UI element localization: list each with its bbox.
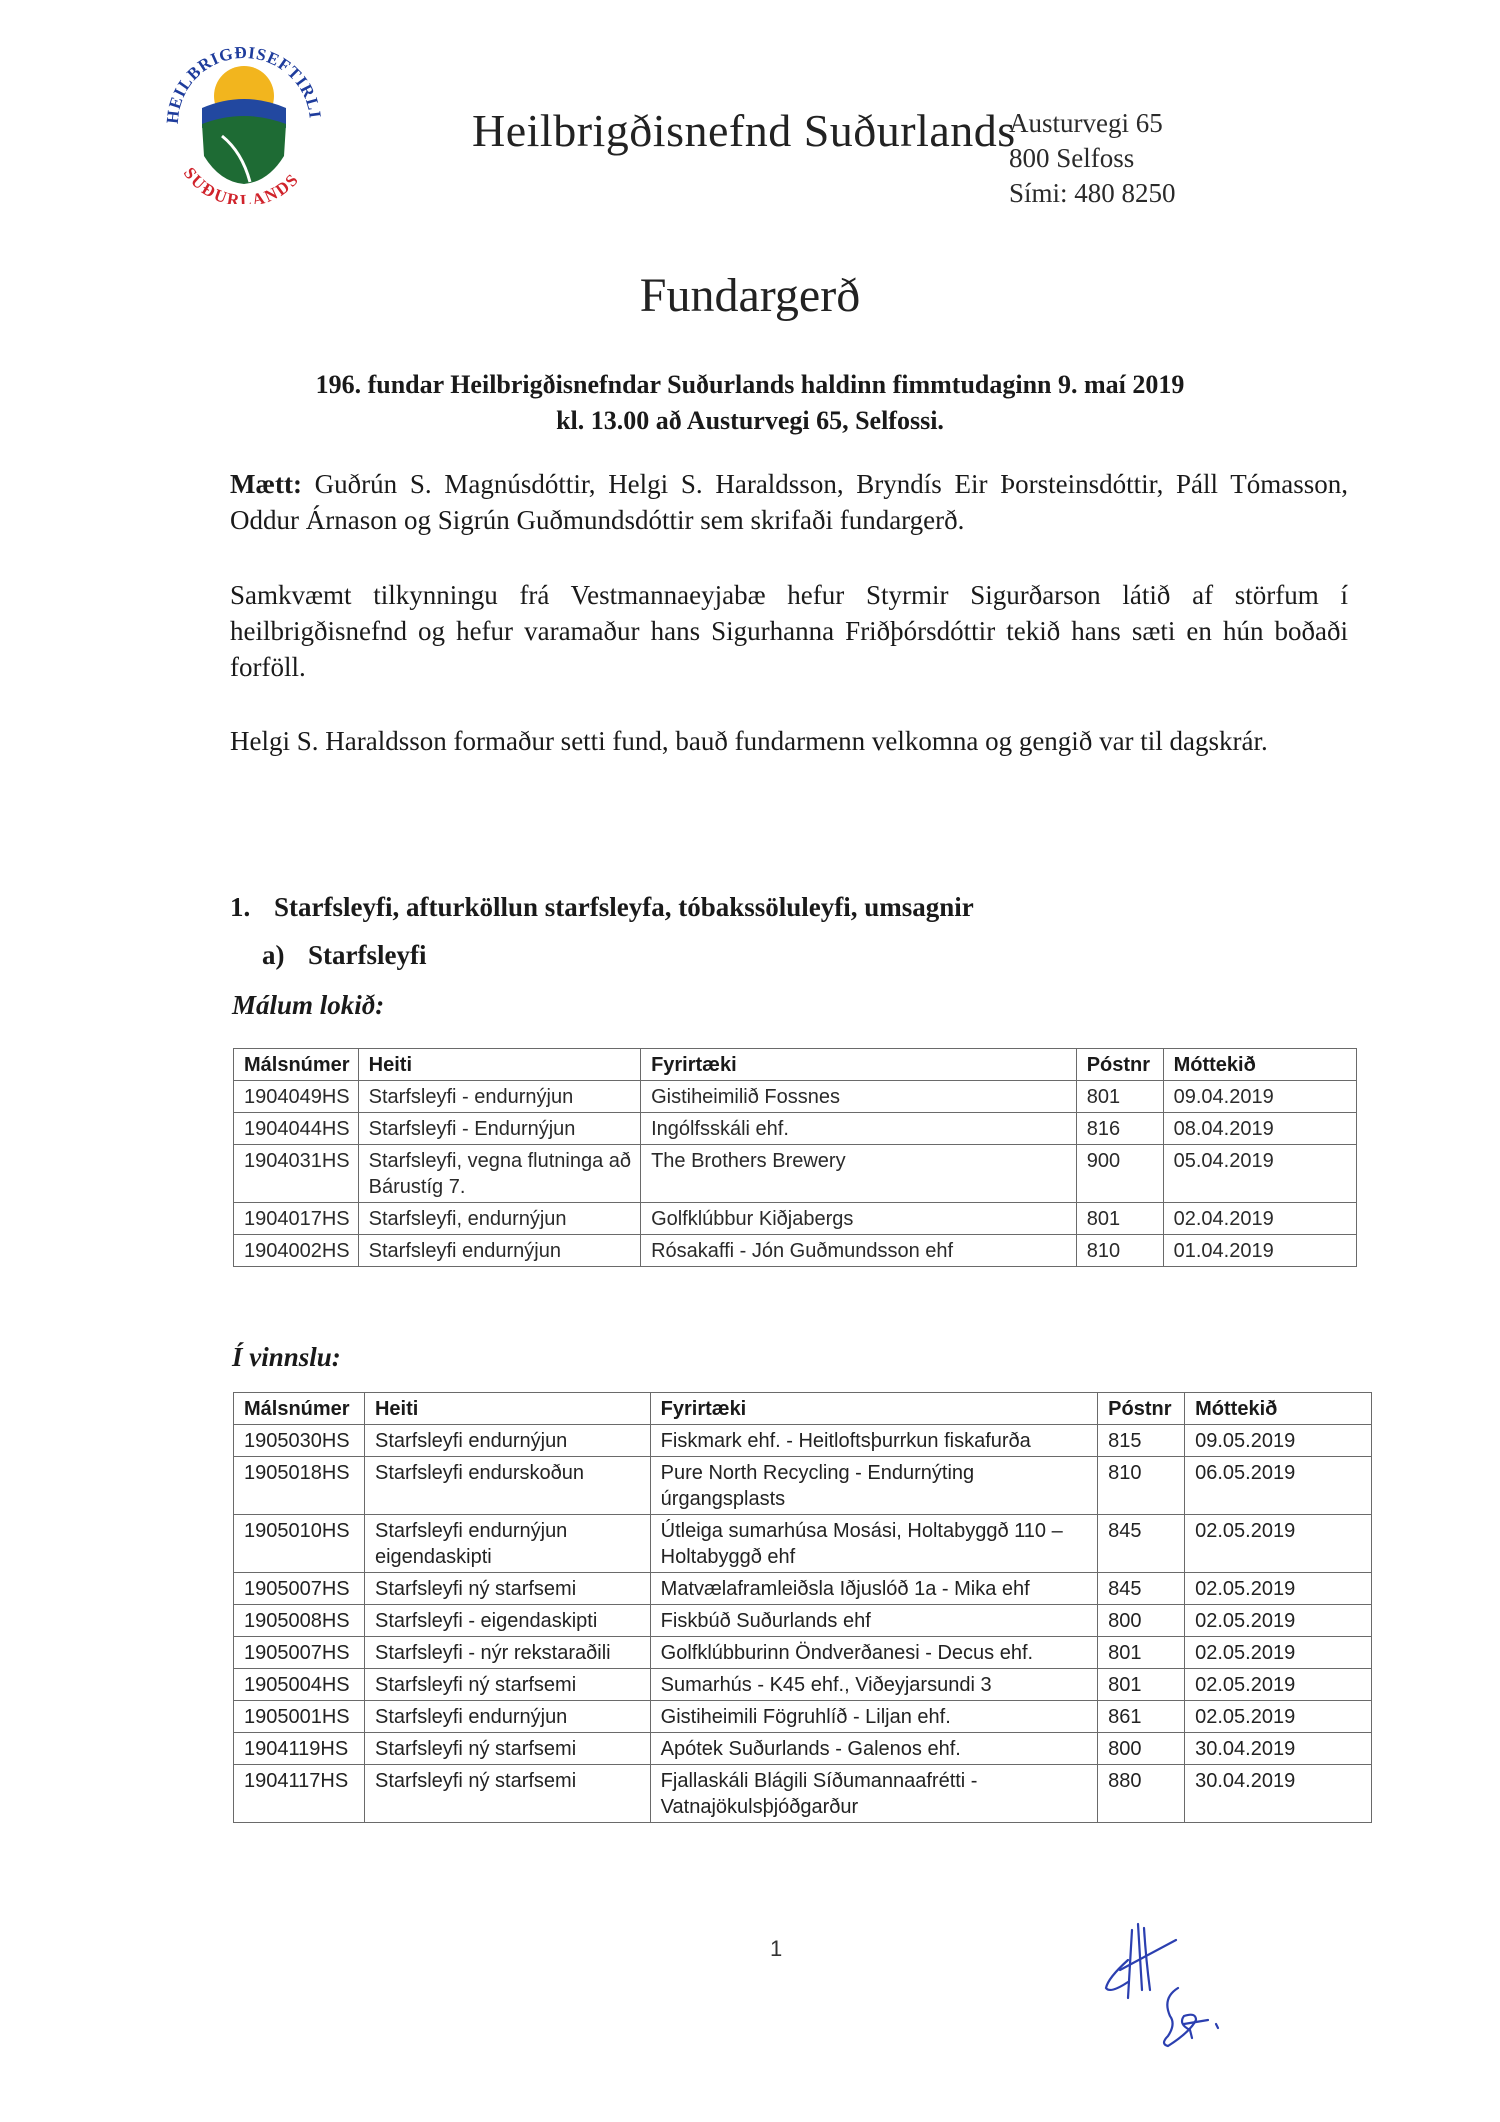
table-header-row: MálsnúmerHeitiFyrirtækiPóstnrMóttekið — [234, 1393, 1372, 1425]
case-title-cell: Starfsleyfi endurnýjun eigendaskipti — [364, 1515, 650, 1573]
meeting-info-line-2: kl. 13.00 að Austurvegi 65, Selfossi. — [0, 406, 1500, 436]
table-row: 1904049HSStarfsleyfi - endurnýjunGistihe… — [234, 1081, 1357, 1113]
closed-cases-heading: Málum lokið: — [232, 990, 384, 1021]
company-cell: Gistiheimili Fögruhlíð - Liljan ehf. — [650, 1701, 1097, 1733]
case-number-cell: 1905007HS — [234, 1573, 365, 1605]
column-header: Málsnúmer — [234, 1049, 359, 1081]
postcode-cell: 801 — [1076, 1081, 1163, 1113]
address-phone: Sími: 480 8250 — [1009, 176, 1176, 211]
column-header: Móttekið — [1163, 1049, 1356, 1081]
attendance-label: Mætt: — [230, 469, 302, 499]
case-title-cell: Starfsleyfi ný starfsemi — [364, 1733, 650, 1765]
signature-icon — [1080, 1920, 1230, 2060]
in-progress-heading: Í vinnslu: — [232, 1342, 341, 1373]
column-header: Heiti — [364, 1393, 650, 1425]
table-row: 1905007HSStarfsleyfi - nýr rekstaraðiliG… — [234, 1637, 1372, 1669]
postcode-cell: 800 — [1098, 1733, 1185, 1765]
table-header-row: MálsnúmerHeitiFyrirtækiPóstnrMóttekið — [234, 1049, 1357, 1081]
company-cell: Gistiheimilið Fossnes — [641, 1081, 1077, 1113]
postcode-cell: 801 — [1098, 1637, 1185, 1669]
case-title-cell: Starfsleyfi, vegna flutninga að Bárustíg… — [358, 1145, 640, 1203]
case-number-cell: 1904017HS — [234, 1203, 359, 1235]
agenda-item-title: Starfsleyfi, afturköllun starfsleyfa, tó… — [274, 892, 974, 922]
closed-cases-body: 1904049HSStarfsleyfi - endurnýjunGistihe… — [234, 1081, 1357, 1267]
company-cell: Matvælaframleiðsla Iðjuslóð 1a - Mika eh… — [650, 1573, 1097, 1605]
received-date-cell: 02.05.2019 — [1185, 1515, 1372, 1573]
table-row: 1904044HSStarfsleyfi - EndurnýjunIngólfs… — [234, 1113, 1357, 1145]
column-header: Póstnr — [1098, 1393, 1185, 1425]
received-date-cell: 02.04.2019 — [1163, 1203, 1356, 1235]
organization-address: Austurvegi 65 800 Selfoss Sími: 480 8250 — [1009, 106, 1176, 211]
address-street: Austurvegi 65 — [1009, 106, 1176, 141]
company-cell: Golfklúbburinn Öndverðanesi - Decus ehf. — [650, 1637, 1097, 1669]
received-date-cell: 09.05.2019 — [1185, 1425, 1372, 1457]
received-date-cell: 06.05.2019 — [1185, 1457, 1372, 1515]
company-cell: Golfklúbbur Kiðjabergs — [641, 1203, 1077, 1235]
case-number-cell: 1905010HS — [234, 1515, 365, 1573]
table-row: 1905007HSStarfsleyfi ný starfsemiMatvæla… — [234, 1573, 1372, 1605]
case-title-cell: Starfsleyfi - endurnýjun — [358, 1081, 640, 1113]
case-number-cell: 1904119HS — [234, 1733, 365, 1765]
case-number-cell: 1905018HS — [234, 1457, 365, 1515]
table-row: 1904031HSStarfsleyfi, vegna flutninga að… — [234, 1145, 1357, 1203]
table-row: 1905001HSStarfsleyfi endurnýjunGistiheim… — [234, 1701, 1372, 1733]
table-row: 1905004HSStarfsleyfi ný starfsemiSumarhú… — [234, 1669, 1372, 1701]
case-title-cell: Starfsleyfi ný starfsemi — [364, 1765, 650, 1823]
received-date-cell: 02.05.2019 — [1185, 1669, 1372, 1701]
table-row: 1905010HSStarfsleyfi endurnýjun eigendas… — [234, 1515, 1372, 1573]
postcode-cell: 801 — [1098, 1669, 1185, 1701]
opening-paragraph: Helgi S. Haraldsson formaður setti fund,… — [230, 721, 1348, 762]
postcode-cell: 880 — [1098, 1765, 1185, 1823]
postcode-cell: 845 — [1098, 1515, 1185, 1573]
attendance-paragraph: Mætt: Guðrún S. Magnúsdóttir, Helgi S. H… — [230, 466, 1348, 538]
company-cell: Pure North Recycling - Endurnýting úrgan… — [650, 1457, 1097, 1515]
in-progress-table: MálsnúmerHeitiFyrirtækiPóstnrMóttekið 19… — [233, 1392, 1372, 1823]
case-number-cell: 1904031HS — [234, 1145, 359, 1203]
received-date-cell: 09.04.2019 — [1163, 1081, 1356, 1113]
table-row: 1905008HSStarfsleyfi - eigendaskiptiFisk… — [234, 1605, 1372, 1637]
case-number-cell: 1904117HS — [234, 1765, 365, 1823]
postcode-cell: 900 — [1076, 1145, 1163, 1203]
column-header: Fyrirtæki — [641, 1049, 1077, 1081]
case-number-cell: 1905001HS — [234, 1701, 365, 1733]
company-cell: Sumarhús - K45 ehf., Viðeyjarsundi 3 — [650, 1669, 1097, 1701]
column-header: Póstnr — [1076, 1049, 1163, 1081]
case-title-cell: Starfsleyfi, endurnýjun — [358, 1203, 640, 1235]
table-row: 1905018HSStarfsleyfi endurskoðunPure Nor… — [234, 1457, 1372, 1515]
company-cell: Ingólfsskáli ehf. — [641, 1113, 1077, 1145]
case-number-cell: 1905004HS — [234, 1669, 365, 1701]
postcode-cell: 845 — [1098, 1573, 1185, 1605]
table-row: 1904002HSStarfsleyfi endurnýjunRósakaffi… — [234, 1235, 1357, 1267]
case-title-cell: Starfsleyfi ný starfsemi — [364, 1669, 650, 1701]
column-header: Fyrirtæki — [650, 1393, 1097, 1425]
table-row: 1904017HSStarfsleyfi, endurnýjunGolfklúb… — [234, 1203, 1357, 1235]
column-header: Málsnúmer — [234, 1393, 365, 1425]
column-header: Móttekið — [1185, 1393, 1372, 1425]
closed-cases-table: MálsnúmerHeitiFyrirtækiPóstnrMóttekið 19… — [233, 1048, 1357, 1267]
company-cell: Fiskmark ehf. - Heitloftsþurrkun fiskafu… — [650, 1425, 1097, 1457]
company-cell: Fiskbúð Suðurlands ehf — [650, 1605, 1097, 1637]
meeting-info-line-1: 196. fundar Heilbrigðisnefndar Suðurland… — [0, 370, 1500, 400]
received-date-cell: 02.05.2019 — [1185, 1701, 1372, 1733]
postcode-cell: 810 — [1076, 1235, 1163, 1267]
received-date-cell: 30.04.2019 — [1185, 1765, 1372, 1823]
table-row: 1905030HSStarfsleyfi endurnýjunFiskmark … — [234, 1425, 1372, 1457]
company-cell: The Brothers Brewery — [641, 1145, 1077, 1203]
case-number-cell: 1904002HS — [234, 1235, 359, 1267]
case-title-cell: Starfsleyfi endurskoðun — [364, 1457, 650, 1515]
company-cell: Útleiga sumarhúsa Mosási, Holtabyggð 110… — [650, 1515, 1097, 1573]
case-number-cell: 1904049HS — [234, 1081, 359, 1113]
postcode-cell: 815 — [1098, 1425, 1185, 1457]
received-date-cell: 01.04.2019 — [1163, 1235, 1356, 1267]
agenda-item-heading: 1.Starfsleyfi, afturköllun starfsleyfa, … — [230, 892, 974, 923]
postcode-cell: 800 — [1098, 1605, 1185, 1637]
company-cell: Fjallaskáli Blágili Síðumannaafrétti - V… — [650, 1765, 1097, 1823]
organization-name: Heilbrigðisnefnd Suðurlands — [472, 104, 1016, 157]
postcode-cell: 801 — [1076, 1203, 1163, 1235]
agenda-subitem-heading: a)Starfsleyfi — [262, 940, 426, 971]
case-number-cell: 1904044HS — [234, 1113, 359, 1145]
case-number-cell: 1905030HS — [234, 1425, 365, 1457]
case-title-cell: Starfsleyfi endurnýjun — [364, 1425, 650, 1457]
column-header: Heiti — [358, 1049, 640, 1081]
agenda-subitem-title: Starfsleyfi — [308, 940, 426, 970]
case-title-cell: Starfsleyfi - eigendaskipti — [364, 1605, 650, 1637]
table-row: 1904117HSStarfsleyfi ný starfsemiFjallas… — [234, 1765, 1372, 1823]
agenda-subitem-number: a) — [262, 940, 308, 971]
received-date-cell: 02.05.2019 — [1185, 1605, 1372, 1637]
attendance-names: Guðrún S. Magnúsdóttir, Helgi S. Haralds… — [230, 469, 1348, 535]
case-title-cell: Starfsleyfi - Endurnýjun — [358, 1113, 640, 1145]
case-title-cell: Starfsleyfi - nýr rekstaraðili — [364, 1637, 650, 1669]
postcode-cell: 861 — [1098, 1701, 1185, 1733]
received-date-cell: 02.05.2019 — [1185, 1573, 1372, 1605]
address-postcode: 800 Selfoss — [1009, 141, 1176, 176]
case-number-cell: 1905008HS — [234, 1605, 365, 1637]
page-number: 1 — [770, 1936, 782, 1962]
company-cell: Apótek Suðurlands - Galenos ehf. — [650, 1733, 1097, 1765]
received-date-cell: 30.04.2019 — [1185, 1733, 1372, 1765]
received-date-cell: 05.04.2019 — [1163, 1145, 1356, 1203]
notice-paragraph: Samkvæmt tilkynningu frá Vestmannaeyjabæ… — [230, 577, 1348, 685]
agenda-item-number: 1. — [230, 892, 274, 923]
postcode-cell: 816 — [1076, 1113, 1163, 1145]
company-cell: Rósakaffi - Jón Guðmundsson ehf — [641, 1235, 1077, 1267]
document-title: Fundargerð — [0, 268, 1500, 323]
in-progress-body: 1905030HSStarfsleyfi endurnýjunFiskmark … — [234, 1425, 1372, 1823]
received-date-cell: 02.05.2019 — [1185, 1637, 1372, 1669]
case-title-cell: Starfsleyfi endurnýjun — [358, 1235, 640, 1267]
organization-logo-icon: HEILBRIGÐISEFTIRLIT SUÐURLANDS — [138, 24, 348, 204]
case-title-cell: Starfsleyfi ný starfsemi — [364, 1573, 650, 1605]
postcode-cell: 810 — [1098, 1457, 1185, 1515]
case-title-cell: Starfsleyfi endurnýjun — [364, 1701, 650, 1733]
table-row: 1904119HSStarfsleyfi ný starfsemiApótek … — [234, 1733, 1372, 1765]
received-date-cell: 08.04.2019 — [1163, 1113, 1356, 1145]
case-number-cell: 1905007HS — [234, 1637, 365, 1669]
